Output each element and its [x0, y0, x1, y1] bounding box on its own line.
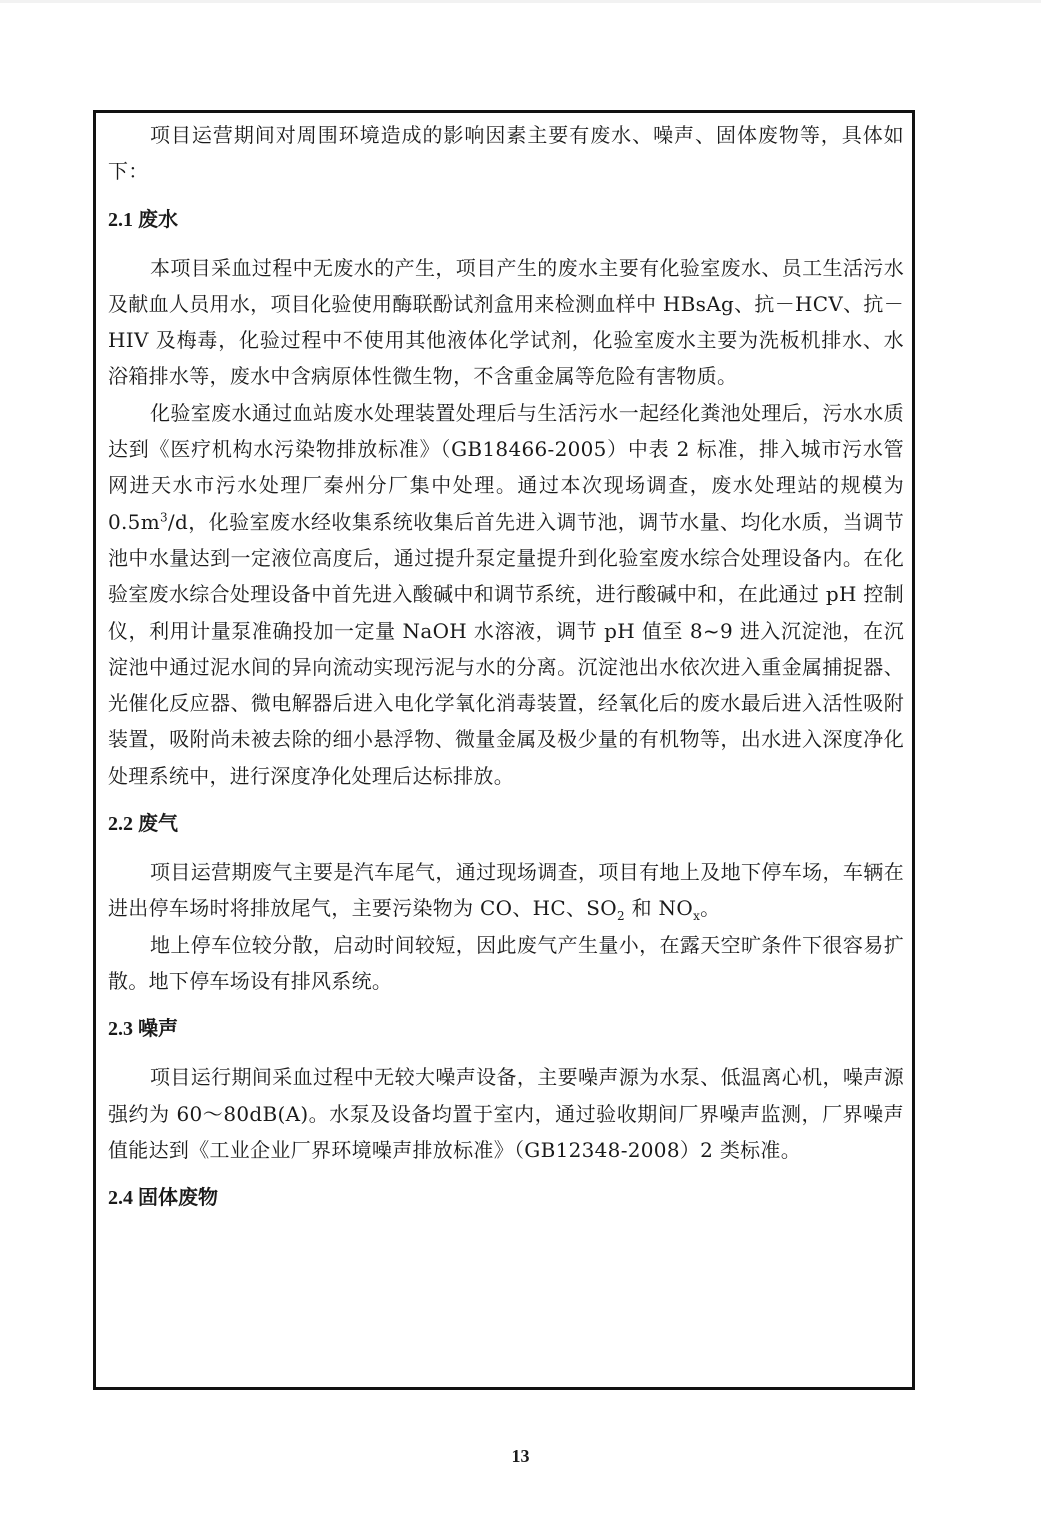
- content-frame: 项目运营期间对周围环境造成的影响因素主要有废水、噪声、固体废物等，具体如下： 2…: [93, 110, 915, 1390]
- exhaust-paragraph-2: 地上停车位较分散，启动时间较短，因此废气产生量小，在露天空旷条件下很容易扩散。地…: [108, 927, 904, 1000]
- section-heading-solid-waste: 2.4 固体废物: [108, 1180, 904, 1216]
- exhaust-p1-text-b: 和 NO: [625, 896, 693, 920]
- noise-paragraph-1: 项目运行期间采血过程中无较大噪声设备，主要噪声源为水泵、低温离心机，噪声源强约为…: [108, 1059, 904, 1168]
- section-heading-wastewater: 2.1 废水: [108, 202, 904, 238]
- intro-paragraph: 项目运营期间对周围环境造成的影响因素主要有废水、噪声、固体废物等，具体如下：: [108, 117, 904, 190]
- exhaust-p1-text-a: 项目运营期废气主要是汽车尾气，通过现场调查，项目有地上及地下停车场，车辆在进出停…: [108, 860, 904, 920]
- subscript-2: 2: [617, 909, 625, 923]
- wastewater-paragraph-2: 化验室废水通过血站废水处理装置处理后与生活污水一起经化粪池处理后，污水水质达到《…: [108, 395, 904, 794]
- section-heading-exhaust-gas: 2.2 废气: [108, 806, 904, 842]
- exhaust-p1-text-c: 。: [700, 896, 720, 920]
- page-top-edge: [0, 0, 1041, 3]
- exhaust-paragraph-1: 项目运营期废气主要是汽车尾气，通过现场调查，项目有地上及地下停车场，车辆在进出停…: [108, 854, 904, 927]
- section-heading-noise: 2.3 噪声: [108, 1011, 904, 1047]
- page-number: 13: [0, 1446, 1041, 1467]
- document-body: 项目运营期间对周围环境造成的影响因素主要有废水、噪声、固体废物等，具体如下： 2…: [108, 117, 904, 1228]
- superscript-3: 3: [160, 510, 168, 524]
- wastewater-p2-text-b: /d，化验室废水经收集系统收集后首先进入调节池，调节水量、均化水质，当调节池中水…: [108, 510, 904, 788]
- wastewater-paragraph-1: 本项目采血过程中无废水的产生，项目产生的废水主要有化验室废水、员工生活污水及献血…: [108, 250, 904, 395]
